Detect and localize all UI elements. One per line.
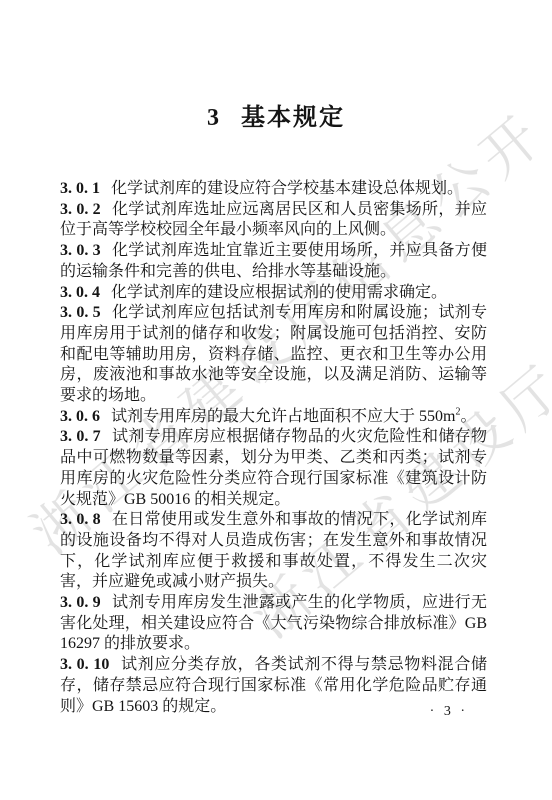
clause: 3. 0. 3化学试剂库选址宜靠近主要使用场所，并应具备方便的运输条件和完善的供…: [60, 241, 487, 282]
clause-text: 化学试剂库选址应远离居民区和人员密集场所，并应位于高等学校校园全年最小频率风向的…: [60, 201, 487, 239]
page-title: 3基本规定: [0, 104, 552, 132]
clause: 3. 0. 6试剂专用库房的最大允许占地面积不应大于 550m2。: [60, 407, 487, 428]
clause-text: 试剂应分类存放，各类试剂不得与禁忌物料混合储存，储存禁忌应符合现行国家标准《常用…: [60, 656, 487, 714]
clause: 3. 0. 1化学试剂库的建设应符合学校基本建设总体规划。: [60, 179, 487, 200]
clause-number: 3. 0. 6: [60, 408, 100, 425]
clause: 3. 0. 9试剂专用库房发生泄露或产生的化学物质，应进行无害化处理，相关建设应…: [60, 593, 487, 655]
chapter-title: 基本规定: [241, 105, 345, 131]
clause-number: 3. 0. 2: [60, 201, 101, 218]
clause-text: 化学试剂库的建设应符合学校基本建设总体规划。: [111, 180, 463, 197]
clause: 3. 0. 10试剂应分类存放，各类试剂不得与禁忌物料混合储存，储存禁忌应符合现…: [60, 655, 487, 717]
document-page: 浙江省建设厅信息公开 浙江省建设厅信息公开 3基本规定 3. 0. 1化学试剂库…: [0, 0, 552, 800]
clause-text-after: 。: [460, 408, 476, 425]
clause-number: 3. 0. 5: [60, 304, 101, 321]
page-number: · 3 ·: [430, 704, 468, 720]
clause-list: 3. 0. 1化学试剂库的建设应符合学校基本建设总体规划。3. 0. 2化学试剂…: [60, 179, 487, 717]
clause-text: 试剂专用库房应根据储存物品的火灾危险性和储存物品中可燃物数量等因素，划分为甲类、…: [60, 428, 487, 507]
clause: 3. 0. 8在日常使用或发生意外和事故的情况下，化学试剂库的设施设备均不得对人…: [60, 510, 487, 593]
clause-number: 3. 0. 9: [60, 594, 101, 611]
clause-text: 化学试剂库的建设应根据试剂的使用需求确定。: [111, 284, 447, 301]
clause-number: 3. 0. 4: [60, 284, 100, 301]
clause-text: 试剂专用库房发生泄露或产生的化学物质，应进行无害化处理，相关建设应符合《大气污染…: [60, 594, 487, 652]
chapter-number: 3: [207, 105, 221, 131]
clause-number: 3. 0. 3: [60, 242, 101, 259]
clause: 3. 0. 4化学试剂库的建设应根据试剂的使用需求确定。: [60, 283, 487, 304]
clause-number: 3. 0. 10: [60, 656, 109, 673]
clause-number: 3. 0. 8: [60, 511, 101, 528]
clause-text: 试剂专用库房的最大允许占地面积不应大于 550m: [111, 408, 455, 425]
clause-text: 化学试剂库应包括试剂专用库房和附属设施；试剂专用库房用于试剂的储存和收发；附属设…: [60, 304, 487, 404]
clause-text: 在日常使用或发生意外和事故的情况下，化学试剂库的设施设备均不得对人员造成伤害；在…: [60, 511, 487, 590]
clause: 3. 0. 5化学试剂库应包括试剂专用库房和附属设施；试剂专用库房用于试剂的储存…: [60, 303, 487, 407]
clause: 3. 0. 7试剂专用库房应根据储存物品的火灾危险性和储存物品中可燃物数量等因素…: [60, 427, 487, 510]
clause-number: 3. 0. 7: [60, 428, 101, 445]
clause-text: 化学试剂库选址宜靠近主要使用场所，并应具备方便的运输条件和完善的供电、给排水等基…: [60, 242, 487, 280]
clause-number: 3. 0. 1: [60, 180, 100, 197]
clause: 3. 0. 2化学试剂库选址应远离居民区和人员密集场所，并应位于高等学校校园全年…: [60, 200, 487, 241]
